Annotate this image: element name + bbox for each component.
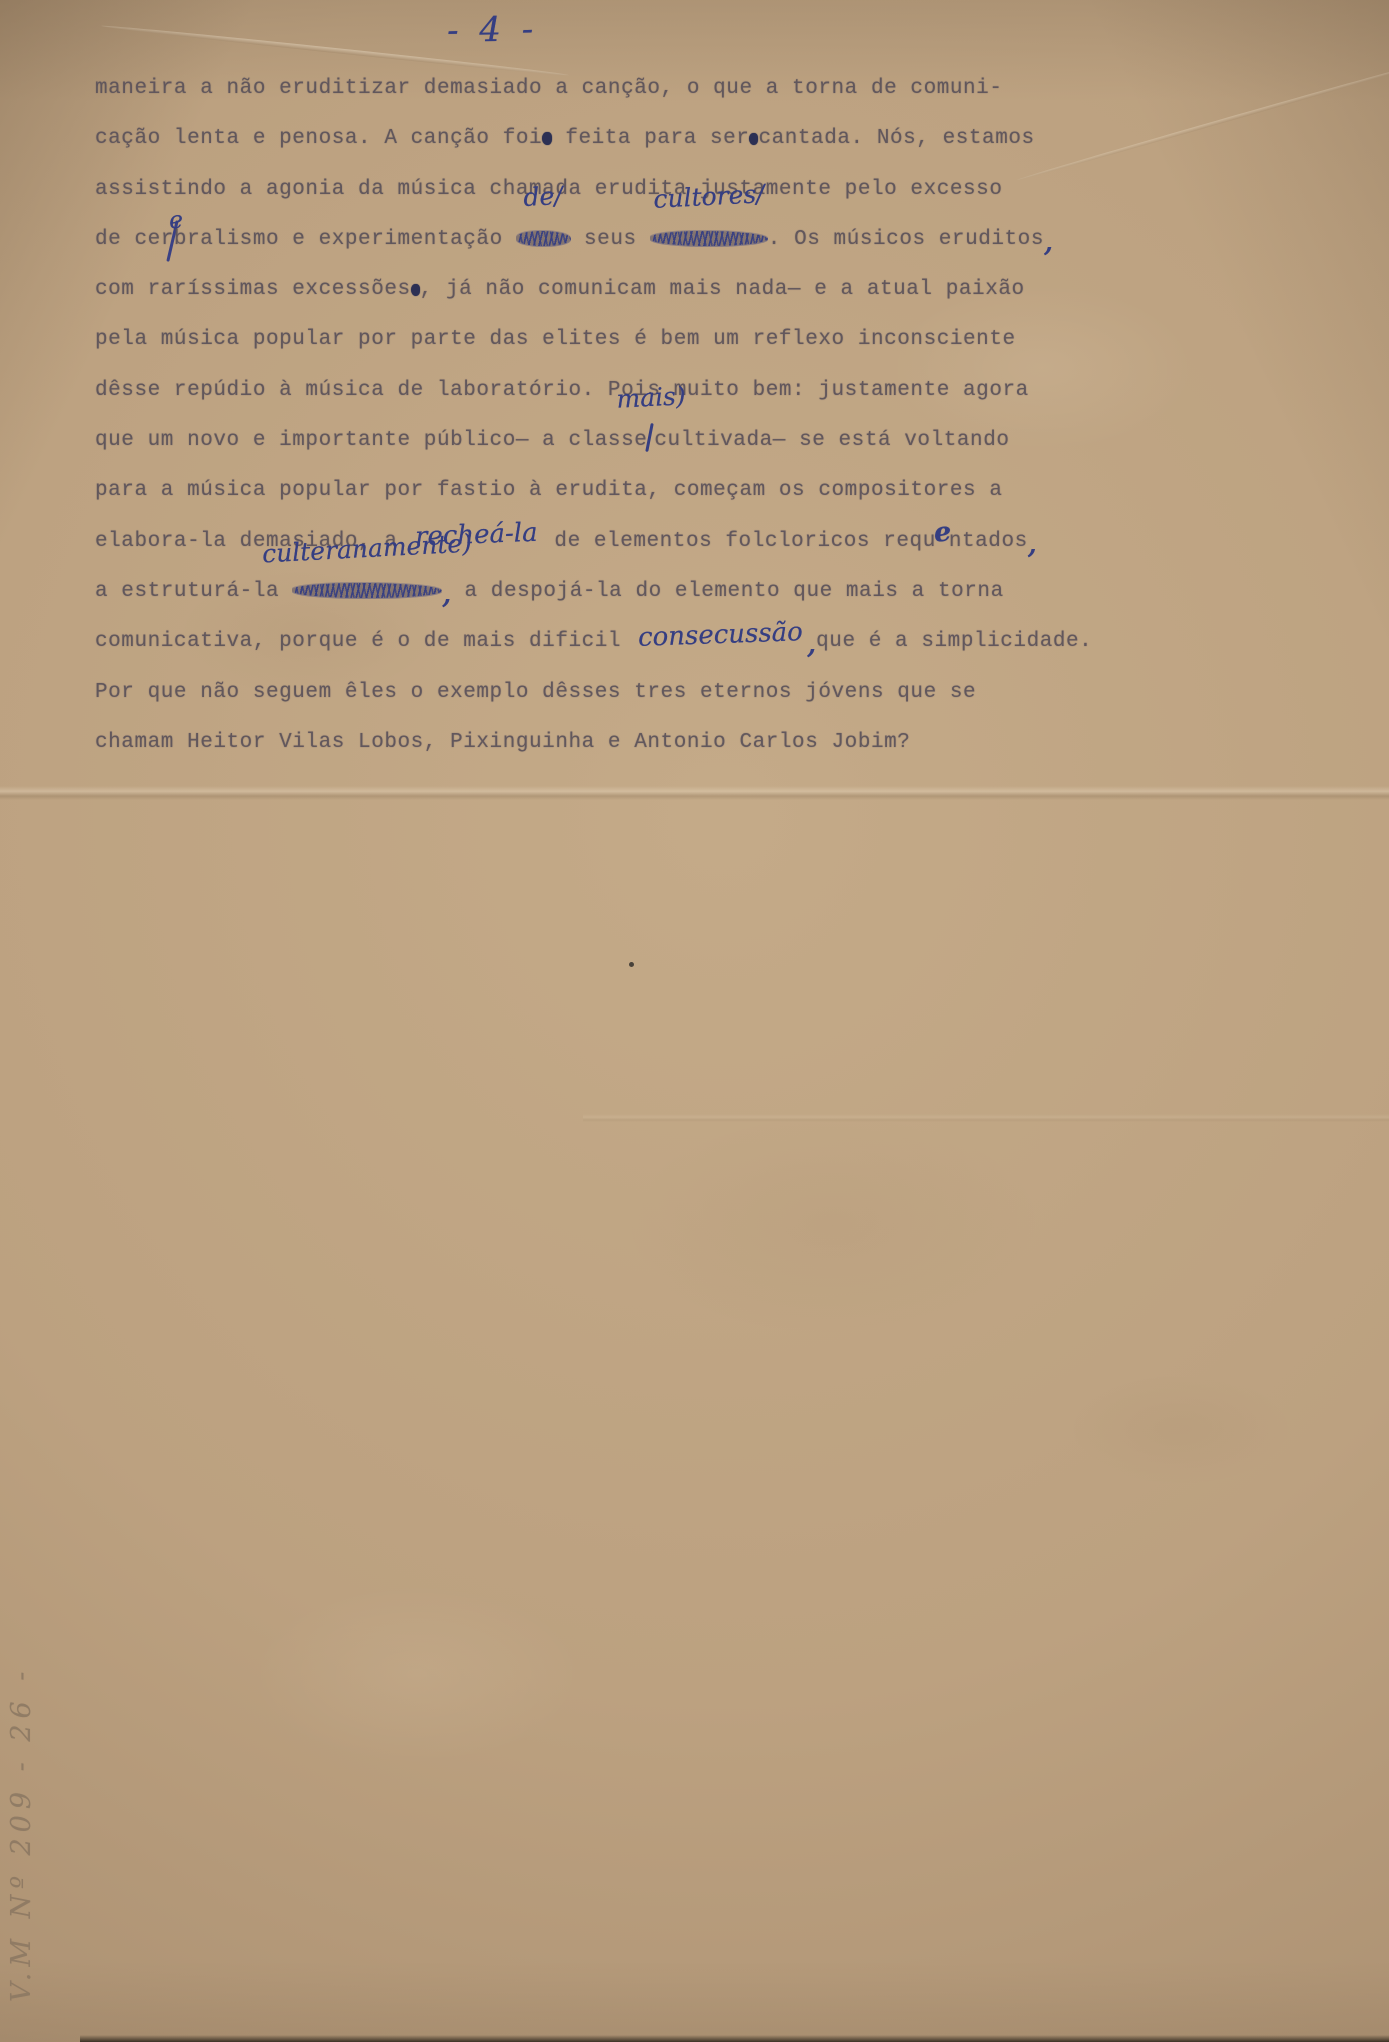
typed-text-block: maneira a não eruditizar demasiado a can…: [95, 64, 1055, 768]
correction-group: cultores/: [650, 215, 768, 265]
handwritten-comma: ,: [1044, 230, 1053, 256]
archive-number-pencil: V.M Nº 209 - 26 -: [6, 1572, 37, 2002]
typed-text: de elementos folcloricos requ: [541, 530, 936, 553]
fold-crease: [583, 1114, 1389, 1122]
typed-text: comunicativa, porque é o de mais dificil: [95, 630, 634, 653]
typed-text: Por que não seguem êles o exemplo dêsses…: [95, 681, 976, 704]
typed-line: de cerebralismo e experimentação de/ seu…: [95, 215, 1055, 265]
typed-text: a despojá-la do elemento que mais a torn…: [451, 580, 1003, 603]
typed-text: dêsse repúdio à música de laboratório. P…: [95, 379, 1029, 402]
typed-line: pela música popular por parte das elites…: [95, 315, 1055, 365]
handwritten-insertion: mais): [616, 383, 686, 412]
typed-text: ntados: [949, 530, 1028, 553]
typed-line: para a música popular por fastio à erudi…: [95, 466, 1055, 516]
typed-text: que um novo e importante público— a clas…: [95, 429, 647, 452]
typed-line: elabora-la demasiado, a recheá-la de ele…: [95, 517, 1055, 567]
scribbled-out-word: [516, 231, 571, 246]
scribbled-out-word: [292, 583, 442, 598]
handwritten-insertion: consecussão: [638, 619, 804, 651]
handwritten-comma: ,: [1028, 532, 1037, 558]
typed-line: Por que não seguem êles o exemplo dêsses…: [95, 668, 1055, 718]
typed-line: assistindo a agonia da música chamada er…: [95, 165, 1055, 215]
typed-text: pela música popular por parte das elites…: [95, 328, 1016, 351]
typed-text: maneira a não eruditizar demasiado a can…: [95, 77, 1003, 100]
scanned-typescript-page: - 4 - maneira a não eruditizar demasiado…: [0, 0, 1389, 2042]
handwritten-comma: ,: [807, 632, 816, 658]
ink-blot: [411, 284, 420, 296]
typed-text: feita para ser: [552, 127, 749, 150]
typed-text: chamam Heitor Vilas Lobos, Pixinguinha e…: [95, 731, 910, 754]
typed-text: com raríssimas excessões: [95, 278, 411, 301]
typed-text: de cer: [95, 228, 174, 251]
typed-line: que um novo e importante público— a clas…: [95, 416, 1055, 466]
correction-group: culteranamente): [292, 567, 442, 617]
ink-blot: [542, 132, 552, 145]
typed-line: cação lenta e penosa. A canção foi feita…: [95, 114, 1055, 164]
typed-line: maneira a não eruditizar demasiado a can…: [95, 64, 1055, 114]
typed-text: cultivada— se está voltando: [654, 429, 1009, 452]
handwritten-insertion: cultores/: [653, 181, 765, 212]
typed-text: cantada. Nós, estamos: [758, 127, 1034, 150]
page-number: - 4 -: [447, 9, 539, 51]
typed-text: a estruturá-la: [95, 580, 292, 603]
insertion-slash: [646, 423, 654, 452]
typed-line: comunicativa, porque é o de mais dificil…: [95, 617, 1055, 667]
handwritten-insertion: de/: [523, 183, 563, 210]
typed-line: dêsse repúdio à música de laboratório. P…: [95, 366, 1055, 416]
handwritten-comma: ,: [442, 582, 451, 608]
scan-edge-shadow: [80, 2035, 1389, 2042]
typed-text: que é a simplicidade.: [816, 630, 1092, 653]
fold-crease: [0, 786, 1389, 800]
correction-group: de/: [516, 215, 571, 265]
typed-text: para a música popular por fastio à erudi…: [95, 479, 1003, 502]
typed-text: , já não comunicam mais nada— e a atual …: [420, 278, 1025, 301]
typed-line: chamam Heitor Vilas Lobos, Pixinguinha e…: [95, 718, 1055, 768]
typed-line: a estruturá-la culteranamente), a despoj…: [95, 567, 1055, 617]
paper-speck: [629, 962, 634, 967]
typed-text: seus: [571, 228, 650, 251]
typed-line: com raríssimas excessões, já não comunic…: [95, 265, 1055, 315]
typed-text: . Os músicos eruditos: [768, 228, 1044, 251]
fold-crease: [1017, 62, 1389, 182]
scribbled-out-word: [650, 231, 768, 246]
typed-text: cação lenta e penosa. A canção foi: [95, 127, 542, 150]
typed-text: bralismo e experimentação: [174, 228, 516, 251]
